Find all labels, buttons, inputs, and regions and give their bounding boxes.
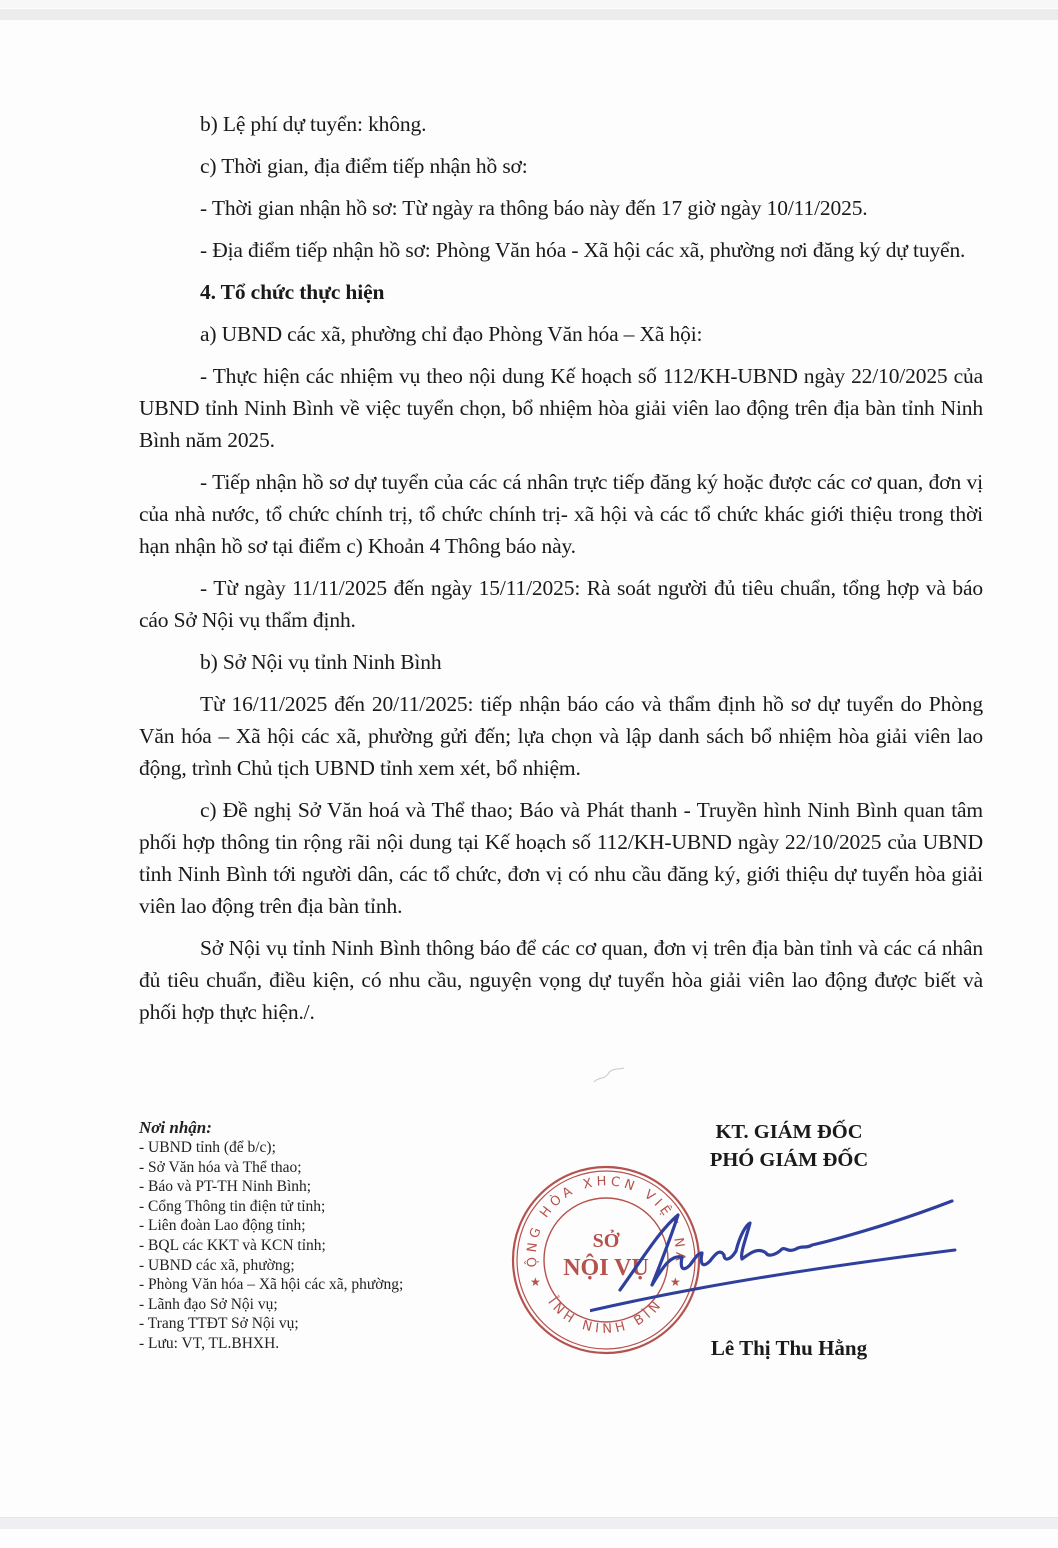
top-bar	[0, 0, 1058, 8]
recipient-item: - UBND các xã, phường;	[139, 1256, 499, 1276]
recipient-item: - Lãnh đạo Sở Nội vụ;	[139, 1295, 499, 1315]
recipient-item: - Báo và PT-TH Ninh Bình;	[139, 1177, 499, 1197]
svg-text:★: ★	[530, 1275, 541, 1289]
recipient-item: - Sở Văn hóa và Thể thao;	[139, 1158, 499, 1178]
paragraph-time-place-heading: c) Thời gian, địa điểm tiếp nhận hồ sơ:	[139, 150, 983, 182]
top-divider	[0, 9, 1058, 20]
paragraph-item-a-3: - Từ ngày 11/11/2025 đến ngày 15/11/2025…	[139, 572, 983, 636]
paragraph-item-b-1: Từ 16/11/2025 đến 20/11/2025: tiếp nhận …	[139, 688, 983, 784]
bottom-divider	[0, 1517, 1058, 1529]
recipients-title: Nơi nhận:	[139, 1118, 499, 1138]
paragraph-receive-time: - Thời gian nhận hồ sơ: Từ ngày ra thông…	[139, 192, 983, 224]
paragraph-item-a-heading: a) UBND các xã, phường chỉ đạo Phòng Văn…	[139, 318, 983, 350]
signer-role-line1: KT. GIÁM ĐỐC	[639, 1118, 939, 1146]
paragraph-receive-place: - Địa điểm tiếp nhận hồ sơ: Phòng Văn hó…	[139, 234, 983, 266]
paragraph-fee: b) Lệ phí dự tuyển: không.	[139, 108, 983, 140]
recipient-item: - Liên đoàn Lao động tỉnh;	[139, 1216, 499, 1236]
paragraph-item-a-2: - Tiếp nhận hồ sơ dự tuyển của các cá nh…	[139, 466, 983, 562]
handwritten-signature-icon	[590, 1195, 960, 1355]
paragraph-closing: Sở Nội vụ tỉnh Ninh Bình thông báo để cá…	[139, 932, 983, 1028]
recipient-item: - Lưu: VT, TL.BHXH.	[139, 1334, 499, 1354]
initial-mark-icon	[590, 1062, 630, 1087]
recipient-item: - BQL các KKT và KCN tỉnh;	[139, 1236, 499, 1256]
paragraph-item-c: c) Đề nghị Sở Văn hoá và Thể thao; Báo v…	[139, 794, 983, 922]
paragraph-item-a-1: - Thực hiện các nhiệm vụ theo nội dung K…	[139, 360, 983, 456]
recipient-item: - Phòng Văn hóa – Xã hội các xã, phường;	[139, 1275, 499, 1295]
document-body: b) Lệ phí dự tuyển: không. c) Thời gian,…	[139, 108, 983, 1038]
recipient-item: - Cổng Thông tin điện tử tỉnh;	[139, 1197, 499, 1217]
recipients-list: Nơi nhận: - UBND tỉnh (để b/c); - Sở Văn…	[139, 1118, 499, 1354]
paragraph-item-b-heading: b) Sở Nội vụ tỉnh Ninh Bình	[139, 646, 983, 678]
recipient-item: - UBND tỉnh (để b/c);	[139, 1138, 499, 1158]
section-heading: 4. Tổ chức thực hiện	[139, 276, 983, 308]
recipient-item: - Trang TTĐT Sở Nội vụ;	[139, 1314, 499, 1334]
